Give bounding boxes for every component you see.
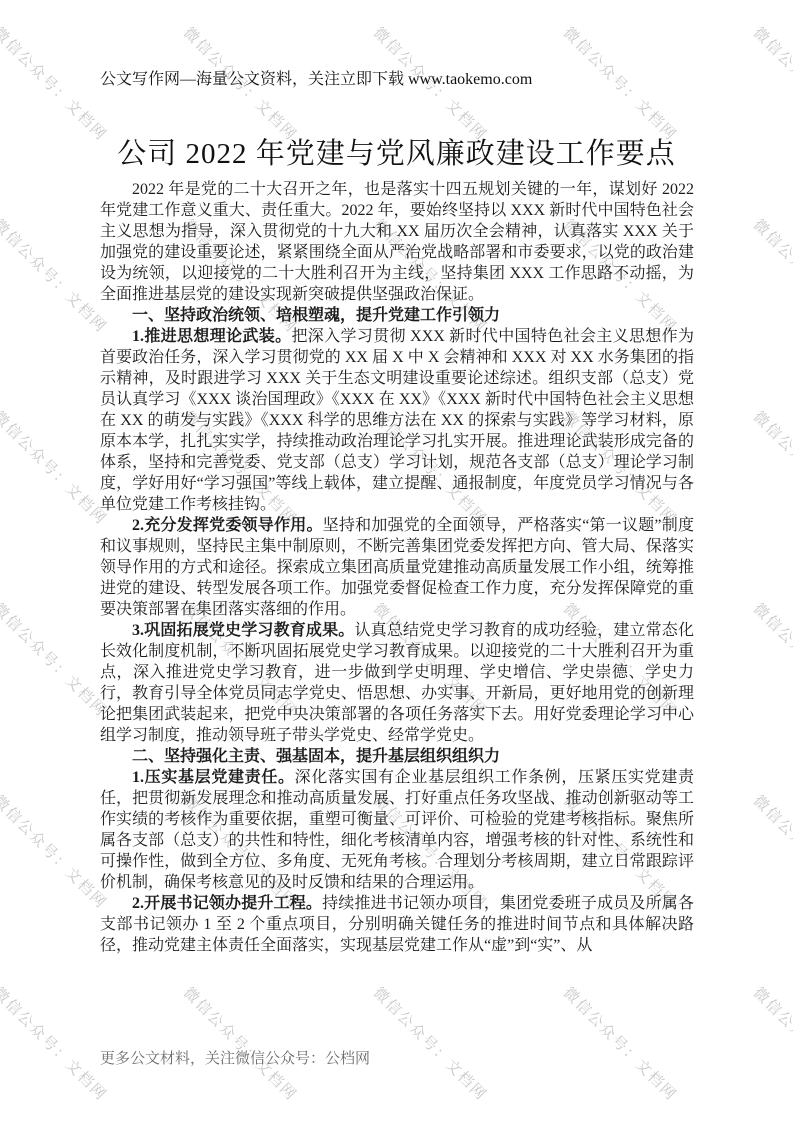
- paragraph-lead: 1.压实基层党建责任。: [132, 769, 295, 786]
- paragraph-body: 把深入学习贯彻 XXX 新时代中国特色社会主义思想作为首要政治任务，深入学习贯彻…: [100, 328, 694, 513]
- header-note: 公文写作网—海量公文资料，关注立即下载 www.taokemo.com: [100, 66, 532, 89]
- section-1-paragraph-2: 2.充分发挥党委领导作用。坚持和加强党的全面领导，严格落实“第一议题”制度和议事…: [100, 515, 694, 620]
- section-2-heading: 二、坚持强化主责、强基固本，提升基层组织组织力: [100, 746, 694, 767]
- page-title: 公司 2022 年党建与党风廉政建设工作要点: [0, 131, 793, 172]
- document-content: 公文写作网—海量公文资料，关注立即下载 www.taokemo.com 公司 2…: [0, 0, 793, 1122]
- paragraph-body: 深化落实国有企业基层组织工作条例，压紧压实党建责任，把贯彻新发展理念和推动高质量…: [100, 769, 694, 891]
- paragraph-lead: 1.推进思想理论武装。: [132, 328, 291, 345]
- paragraph-lead: 3.巩固拓展党史学习教育成果。: [132, 622, 354, 639]
- footer-note: 更多公文材料，关注微信公众号：公档网: [100, 1047, 370, 1068]
- document-page: 微信公众号：文档网微信公众号：文档网微信公众号：文档网微信公众号：文档网微信公众…: [0, 0, 793, 1122]
- paragraph-lead: 2.开展书记领办提升工程。: [132, 895, 322, 912]
- document-body: 2022 年是党的二十大召开之年，也是落实十四五规划关键的一年，谋划好 2022…: [100, 179, 694, 956]
- paragraph-body: 认真总结党史学习教育的成功经验，建立常态化长效化制度机制，不断巩固拓展党史学习教…: [100, 622, 694, 744]
- intro-paragraph: 2022 年是党的二十大召开之年，也是落实十四五规划关键的一年，谋划好 2022…: [100, 179, 694, 305]
- paragraph-lead: 2.充分发挥党委领导作用。: [132, 517, 323, 534]
- section-1-heading: 一、坚持政治统领、培根塑魂，提升党建工作引领力: [100, 305, 694, 326]
- section-2-paragraph-1: 1.压实基层党建责任。深化落实国有企业基层组织工作条例，压紧压实党建责任，把贯彻…: [100, 767, 694, 893]
- section-1-paragraph-3: 3.巩固拓展党史学习教育成果。认真总结党史学习教育的成功经验，建立常态化长效化制…: [100, 620, 694, 746]
- section-1-paragraph-1: 1.推进思想理论武装。把深入学习贯彻 XXX 新时代中国特色社会主义思想作为首要…: [100, 326, 694, 515]
- section-2-paragraph-2: 2.开展书记领办提升工程。持续推进书记领办项目，集团党委班子成员及所属各支部书记…: [100, 893, 694, 956]
